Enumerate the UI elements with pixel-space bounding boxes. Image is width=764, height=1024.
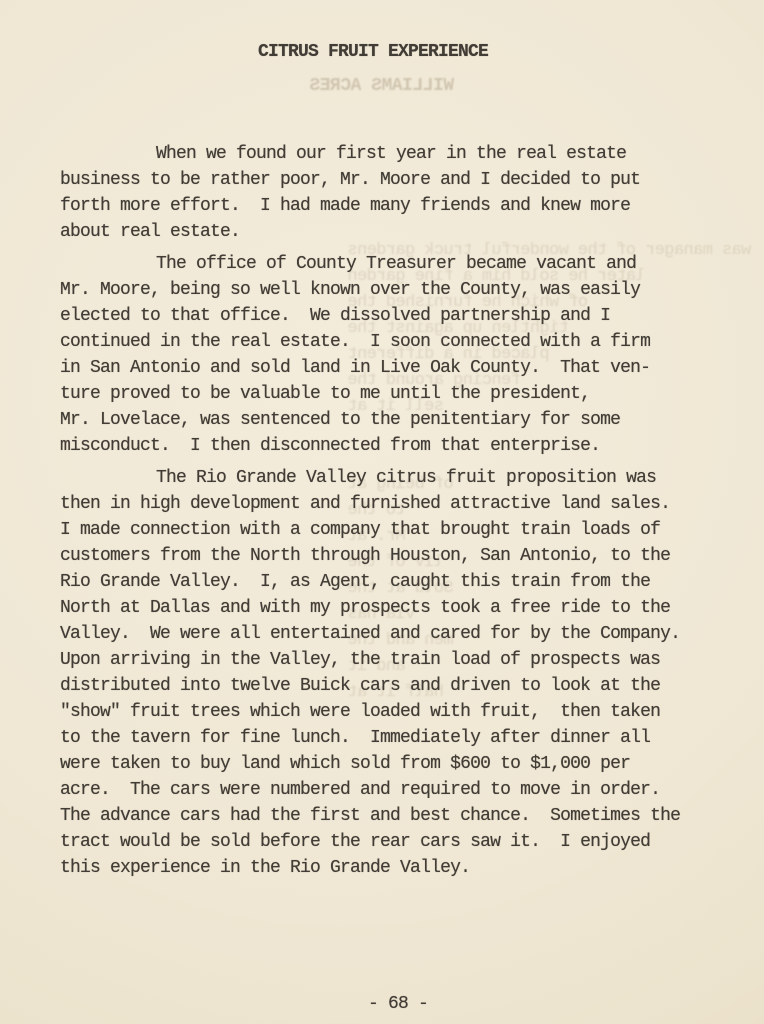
text-line: North at Dallas and with my prospects to… bbox=[60, 595, 720, 621]
text-line: tract would be sold before the rear cars… bbox=[60, 829, 720, 855]
text-line: elected to that office. We dissolved par… bbox=[60, 303, 720, 329]
text-line: When we found our first year in the real… bbox=[60, 141, 720, 167]
text-line: in San Antonio and sold land in Live Oak… bbox=[60, 355, 720, 381]
document-title: CITRUS FRUIT EXPERIENCE bbox=[0, 39, 755, 65]
page: WILLIAMS ACRES was manager of the wonder… bbox=[0, 0, 764, 1024]
text-line: forth more effort. I had made many frien… bbox=[60, 193, 720, 219]
text-line: The office of County Treasurer became va… bbox=[60, 251, 720, 277]
text-line: distributed into twelve Buick cars and d… bbox=[60, 673, 720, 699]
text-line: business to be rather poor, Mr. Moore an… bbox=[60, 167, 720, 193]
text-line: The advance cars had the first and best … bbox=[60, 803, 720, 829]
text-line: to the tavern for fine lunch. Immediatel… bbox=[60, 725, 720, 751]
text-line: Rio Grande Valley. I, as Agent, caught t… bbox=[60, 569, 720, 595]
text-line: Mr. Moore, being so well known over the … bbox=[60, 277, 720, 303]
text-line: Valley. We were all entertained and care… bbox=[60, 621, 720, 647]
text-line: Mr. Lovelace, was sentenced to the penit… bbox=[60, 407, 720, 433]
paragraph: When we found our first year in the real… bbox=[60, 141, 720, 245]
text-line: then in high development and furnished a… bbox=[60, 491, 720, 517]
text-line: I made connection with a company that br… bbox=[60, 517, 720, 543]
text-line: this experience in the Rio Grande Valley… bbox=[60, 855, 720, 881]
text-line: The Rio Grande Valley citrus fruit propo… bbox=[60, 465, 720, 491]
text-line: Upon arriving in the Valley, the train l… bbox=[60, 647, 720, 673]
text-line: acre. The cars were numbered and require… bbox=[60, 777, 720, 803]
page-number: - 68 - bbox=[16, 991, 764, 1017]
text-body: When we found our first year in the real… bbox=[60, 141, 720, 881]
paragraph: The Rio Grande Valley citrus fruit propo… bbox=[60, 465, 720, 881]
text-line: continued in the real estate. I soon con… bbox=[60, 329, 720, 355]
text-line: misconduct. I then disconnected from tha… bbox=[60, 433, 720, 459]
text-line: were taken to buy land which sold from $… bbox=[60, 751, 720, 777]
text-line: about real estate. bbox=[60, 219, 720, 245]
bleed-through-title: WILLIAMS ACRES bbox=[0, 76, 764, 96]
text-line: customers from the North through Houston… bbox=[60, 543, 720, 569]
text-line: ture proved to be valuable to me until t… bbox=[60, 381, 720, 407]
paragraph: The office of County Treasurer became va… bbox=[60, 251, 720, 459]
text-line: "show" fruit trees which were loaded wit… bbox=[60, 699, 720, 725]
